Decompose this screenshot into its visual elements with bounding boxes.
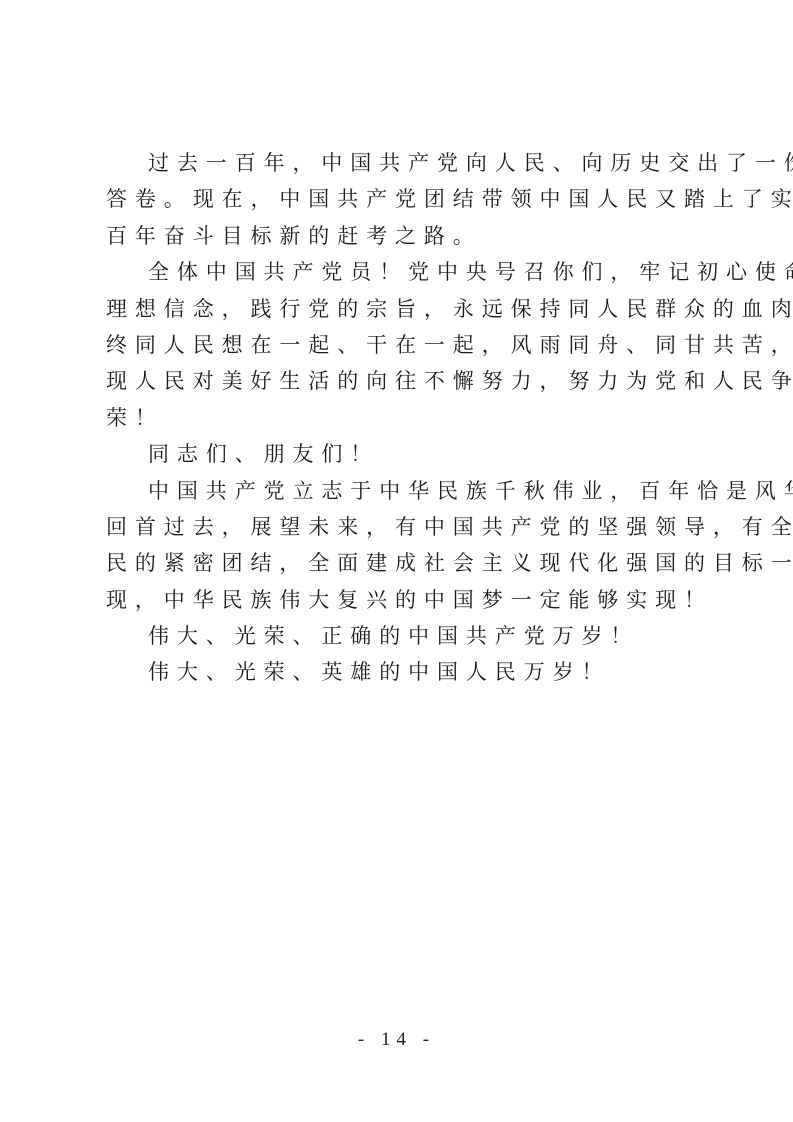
text-line: 荣！	[106, 400, 706, 436]
text-line: 过去一百年，中国共产党向人民、向历史交出了一份优异的	[106, 145, 706, 181]
text-line: 理想信念，践行党的宗旨，永远保持同人民群众的血肉联系，始	[106, 291, 706, 327]
paragraph-future-vision: 中国共产党立志于中华民族千秋伟业，百年恰是风华正茂！ 回首过去，展望未来，有中国…	[106, 473, 706, 619]
text-line: 答卷。现在，中国共产党团结带领中国人民又踏上了实现第二个	[106, 181, 706, 217]
text-line: 伟大、光荣、英雄的中国人民万岁！	[106, 654, 706, 690]
paragraph-call-to-members: 全体中国共产党员！党中央号召你们，牢记初心使命，坚定 理想信念，践行党的宗旨，永…	[106, 254, 706, 436]
paragraph-slogan-people: 伟大、光荣、英雄的中国人民万岁！	[106, 654, 706, 690]
text-line: 全体中国共产党员！党中央号召你们，牢记初心使命，坚定	[106, 254, 706, 290]
paragraph-slogan-party: 伟大、光荣、正确的中国共产党万岁！	[106, 618, 706, 654]
text-line: 同志们、朋友们！	[106, 436, 706, 472]
paragraph-greeting: 同志们、朋友们！	[106, 436, 706, 472]
page-number: - 14 -	[0, 1029, 793, 1051]
text-line: 现，中华民族伟大复兴的中国梦一定能够实现！	[106, 582, 706, 618]
text-line: 伟大、光荣、正确的中国共产党万岁！	[106, 618, 706, 654]
text-line: 百年奋斗目标新的赶考之路。	[106, 218, 706, 254]
text-line: 现人民对美好生活的向往不懈努力，努力为党和人民争取更大光	[106, 363, 706, 399]
document-body: 过去一百年，中国共产党向人民、向历史交出了一份优异的 答卷。现在，中国共产党团结…	[106, 145, 706, 691]
document-page: 过去一百年，中国共产党向人民、向历史交出了一份优异的 答卷。现在，中国共产党团结…	[0, 0, 793, 1122]
text-line: 民的紧密团结，全面建成社会主义现代化强国的目标一定能够实	[106, 545, 706, 581]
text-line: 终同人民想在一起、干在一起，风雨同舟、同甘共苦，继续为实	[106, 327, 706, 363]
text-line: 中国共产党立志于中华民族千秋伟业，百年恰是风华正茂！	[106, 473, 706, 509]
text-line: 回首过去，展望未来，有中国共产党的坚强领导，有全国各族人	[106, 509, 706, 545]
paragraph-century-review: 过去一百年，中国共产党向人民、向历史交出了一份优异的 答卷。现在，中国共产党团结…	[106, 145, 706, 254]
